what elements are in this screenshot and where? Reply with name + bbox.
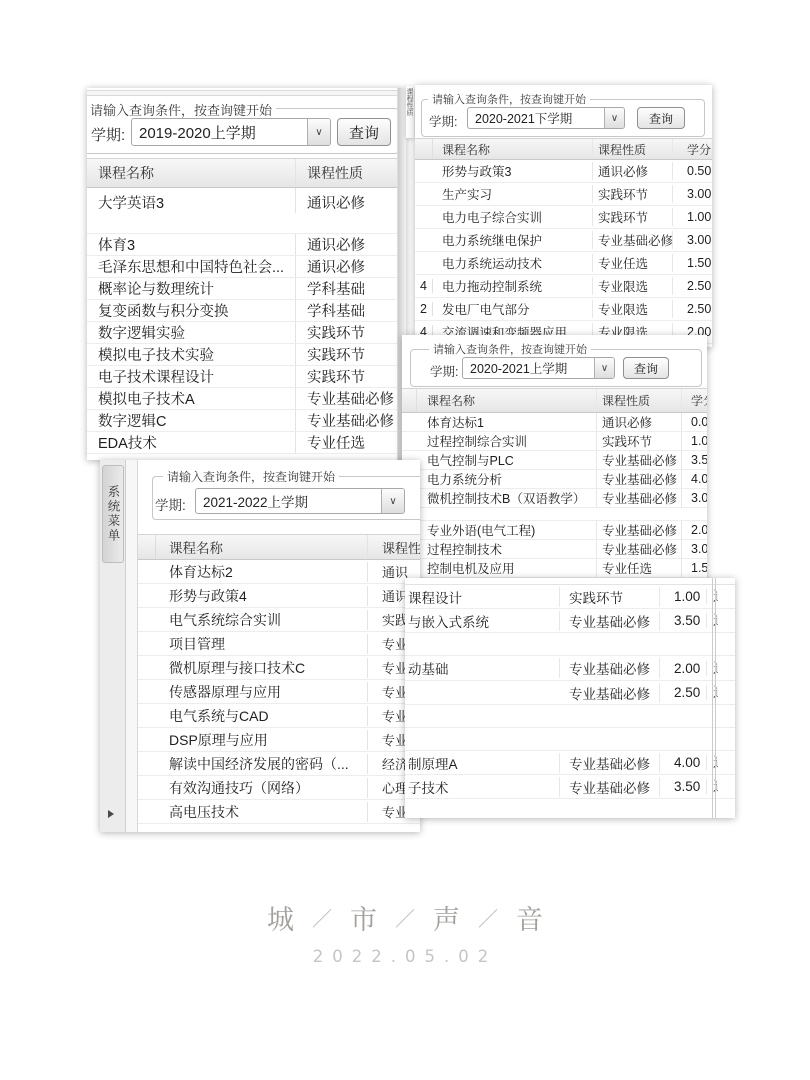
semester-select-value: 2021-2022上学期	[196, 489, 381, 513]
course-name-cell: 解读中国经济发展的密码（...	[156, 754, 368, 774]
chevron-down-icon[interactable]: ∨	[381, 489, 404, 513]
column-header-num	[415, 139, 433, 159]
course-type-cell: 专业基础必修	[560, 611, 660, 631]
course-credit-cell: 3.50	[660, 779, 707, 794]
semester-label: 学期:	[91, 124, 125, 145]
course-name-cell: EDA技术	[87, 432, 296, 453]
course-row[interactable]: 项目管理专业	[138, 632, 420, 656]
course-name-cell: 电气控制与PLC	[417, 451, 597, 469]
course-type-cell: 通识必修	[296, 234, 406, 255]
course-row[interactable]: 电力系统分析专业基础必修4.00	[402, 470, 707, 489]
query-panel-2019-2020-1: 请输入查询条件，按查询键开始 学期: 2019-2020上学期 ∨ 查询 课程名…	[87, 88, 406, 460]
course-row[interactable]: 电气系统与CAD专业	[138, 704, 420, 728]
course-type-cell: 专业基础必修	[597, 470, 682, 488]
course-row[interactable]	[405, 705, 735, 728]
course-credit-cell: 3.00	[682, 491, 707, 505]
watermark-title: 城／市／声／音	[0, 898, 810, 937]
course-name-cell: 电子技术课程设计	[87, 366, 296, 387]
column-header-type: 课程性质	[597, 389, 682, 412]
course-name-cell: 过程控制综合实训	[417, 432, 597, 450]
course-row[interactable]: 微机控制技术B（双语教学）专业基础必修3.00	[402, 489, 707, 508]
row-num-sliver: 4	[415, 279, 433, 293]
watermark-char: 声	[433, 905, 460, 936]
course-table: 形势与政策3通识必修0.50 生产实习实践环节3.00 电力电子综合实训实践环节…	[415, 160, 712, 344]
course-name-cell: 电气系统综合实训	[156, 610, 368, 630]
course-credit-cell: 1.00	[673, 210, 712, 224]
course-row[interactable]: 电力系统运动技术专业任选1.50	[415, 252, 712, 275]
course-name-cell: 体育达标2	[156, 562, 368, 582]
course-row[interactable]: 控制电机及应用专业任选1.50	[402, 559, 707, 578]
query-button[interactable]: 查询	[637, 107, 685, 129]
semester-select-value: 2019-2020上学期	[132, 119, 307, 145]
course-row[interactable]: 电气控制与PLC专业基础必修3.50	[402, 451, 707, 470]
course-name-cell: 过程控制技术	[417, 540, 597, 558]
course-credit-cell: 4.00	[660, 755, 707, 770]
table-header: 课程名称 课程性质	[138, 534, 420, 560]
course-credit-cell: 2.00	[682, 523, 707, 537]
course-type-cell: 专业基础必修	[593, 231, 673, 249]
column-header-name: 课程名称	[87, 159, 296, 187]
row-num-sliver: 2	[415, 302, 433, 316]
course-name-cell: 传感器原理与应用	[156, 682, 368, 702]
column-header-type: 课程性质	[593, 139, 673, 159]
course-table: 体育达标1通识必修0.0 过程控制综合实训实践环节1.00 电气控制与PLC专业…	[402, 413, 707, 578]
course-type-cell: 实践环节	[560, 587, 660, 607]
course-type-cell: 专业限选	[593, 300, 673, 318]
column-header-credit: 学分	[673, 139, 712, 159]
course-row[interactable]: 模拟电子技术实验实践环节	[87, 344, 406, 366]
column-header-name: 课程名称	[156, 535, 368, 559]
watermark-char: 城	[267, 905, 294, 936]
course-credit-cell: 1.50	[682, 561, 707, 575]
course-type-cell: 学科基础	[296, 300, 406, 321]
course-type-cell: 实践环节	[296, 344, 406, 365]
course-credit-cell: 1.00	[682, 434, 707, 448]
course-row[interactable]: 体育3通识必修	[87, 234, 406, 256]
course-name-cell: 毛泽东思想和中国特色社会...	[87, 256, 296, 277]
course-type-cell: 通识必修	[296, 256, 406, 277]
course-name-cell: 复变函数与积分变换	[87, 300, 296, 321]
course-name-cell: 有效沟通技巧（网络）	[156, 778, 368, 798]
course-name-cell: 发电厂电气部分	[433, 300, 593, 318]
semester-label: 学期:	[430, 362, 458, 380]
course-name-cell: 电力拖动控制系统	[433, 277, 593, 295]
course-name-cell: 项目管理	[156, 634, 368, 654]
course-credit-cell: 1.50	[673, 256, 712, 270]
course-name-cell: 模拟电子技术实验	[87, 344, 296, 365]
course-row[interactable]: 体育达标2通识	[138, 560, 420, 584]
course-name-cell: 形势与政策3	[433, 162, 593, 180]
course-credit-cell: 3.00	[673, 233, 712, 247]
course-type-cell: 学科基础	[296, 278, 406, 299]
course-type-cell: 专业基础必修	[560, 658, 660, 678]
course-row[interactable]: 体育达标1通识必修0.0	[402, 413, 707, 432]
course-row[interactable]: 过程控制技术专业基础必修3.00	[402, 540, 707, 559]
course-credit-cell: 0.50	[673, 164, 712, 178]
course-type-cell: 专业基础必修	[597, 521, 682, 539]
course-row[interactable]: 电气系统综合实训实践	[138, 608, 420, 632]
course-credit-cell: 3.00	[673, 187, 712, 201]
course-type-cell: 通识必修	[296, 188, 406, 213]
course-row[interactable]: 大学英语3通识必修	[87, 188, 406, 234]
semester-select-value: 2020-2021下学期	[468, 108, 604, 128]
watermark-char: 市	[350, 905, 377, 936]
chevron-down-icon[interactable]: ∨	[604, 108, 624, 128]
semester-select[interactable]: 2019-2020上学期 ∨	[131, 118, 331, 146]
column-header-num	[402, 389, 417, 412]
course-row[interactable]: 课程设计实践环节1.00通	[405, 585, 735, 609]
query-panel-2020-2021-2: 请输入查询条件，按查询键开始 学期: 2020-2021下学期 ∨ 查询 课程名…	[415, 85, 712, 347]
column-header-num	[138, 535, 156, 559]
course-table: 体育达标2通识 形势与政策4通识 电气系统综合实训实践 项目管理专业 微机原理与…	[138, 560, 420, 824]
course-row[interactable]: 4电力拖动控制系统专业限选2.50	[415, 275, 712, 298]
column-header-credit: 学分	[682, 389, 707, 412]
chevron-down-icon[interactable]: ∨	[594, 358, 614, 378]
course-credit-cell: 2.00	[660, 661, 707, 676]
semester-select[interactable]: 2020-2021下学期 ∨	[467, 107, 625, 129]
chevron-down-icon[interactable]: ∨	[307, 119, 330, 145]
table-header: 课程名称 课程性质 学分	[402, 388, 707, 413]
course-row[interactable]: 生产实习实践环节3.00	[415, 183, 712, 206]
course-name-cell: 制原理A	[405, 753, 560, 773]
course-row[interactable]: 电力电子综合实训实践环节1.00	[415, 206, 712, 229]
course-type-cell: 专业基础必修	[560, 777, 660, 797]
slash-separator: ／	[312, 907, 332, 931]
course-row[interactable]: 高电压技术专业	[138, 800, 420, 824]
course-table: 大学英语3通识必修 体育3通识必修 毛泽东思想和中国特色社会...通识必修 概率…	[87, 188, 406, 454]
course-row[interactable]: 专业基础必修2.50通	[405, 681, 735, 705]
course-row[interactable]	[405, 728, 735, 751]
query-panel-2021-2022-1: 系统菜单 请输入查询条件，按查询键开始 学期: 2021-2022上学期 ∨ 课…	[100, 460, 420, 832]
course-row[interactable]: EDA技术专业任选	[87, 432, 406, 454]
course-type-cell: 专业基础必修	[560, 683, 660, 703]
course-type-cell: 通识必修	[597, 413, 682, 431]
course-name-cell: 课程设计	[405, 587, 560, 607]
course-type-cell: 专业基础必修	[597, 489, 682, 507]
course-row[interactable]: 形势与政策4通识	[138, 584, 420, 608]
fieldset-legend: 请输入查询条件，按查询键开始	[429, 341, 591, 357]
course-name-cell: 体育3	[87, 234, 296, 255]
course-row[interactable]: 形势与政策3通识必修0.50	[415, 160, 712, 183]
course-type-cell: 专业任选	[593, 254, 673, 272]
query-button[interactable]: 查询	[337, 118, 391, 146]
side-gutter: 系统菜单	[100, 460, 126, 832]
semester-select-value: 2020-2021上学期	[463, 358, 594, 378]
system-menu-tab[interactable]: 系统菜单	[102, 465, 124, 563]
cropped-course-table-panel: 课程设计实践环节1.00通 与嵌入式系统专业基础必修3.50通 动基础专业基础必…	[405, 578, 735, 818]
course-row[interactable]: 制原理A专业基础必修4.00通	[405, 751, 735, 775]
fieldset-legend: 请输入查询条件，按查询键开始	[163, 468, 339, 485]
course-name-cell: 动基础	[405, 658, 560, 678]
course-name-cell: 数字逻辑C	[87, 410, 296, 431]
course-name-cell: 电力系统继电保护	[433, 231, 593, 249]
course-row[interactable]: DSP原理与应用专业	[138, 728, 420, 752]
course-row[interactable]: 电力系统继电保护专业基础必修3.00	[415, 229, 712, 252]
course-row[interactable]: 与嵌入式系统专业基础必修3.50通	[405, 609, 735, 633]
course-type-cell: 专业基础必修	[597, 540, 682, 558]
course-type-cell: 专业基础必修	[597, 451, 682, 469]
column-header-type: 课程性质	[368, 535, 420, 559]
semester-select[interactable]: 2021-2022上学期 ∨	[195, 488, 405, 514]
course-name-cell: 形势与政策4	[156, 586, 368, 606]
course-row[interactable]: 传感器原理与应用专业	[138, 680, 420, 704]
course-row[interactable]: 复变函数与积分变换学科基础	[87, 300, 406, 322]
course-name-cell: 电气系统与CAD	[156, 706, 368, 726]
course-name-cell: 微机原理与接口技术C	[156, 658, 368, 678]
course-row[interactable]: 过程控制综合实训实践环节1.00	[402, 432, 707, 451]
empty-row-gap	[402, 508, 707, 521]
query-button[interactable]: 查询	[623, 357, 669, 379]
course-name-cell: 电力系统运动技术	[433, 254, 593, 272]
table-header: 课程名称 课程性质 学分	[415, 138, 712, 160]
panel-edge-divider	[712, 578, 716, 818]
course-name-cell: 高电压技术	[156, 802, 368, 822]
course-row[interactable]	[405, 633, 735, 656]
query-panel-2020-2021-1: 请输入查询条件，按查询键开始 学期: 2020-2021上学期 ∨ 查询 课程名…	[402, 335, 707, 592]
course-name-cell: 数字逻辑实验	[87, 322, 296, 343]
course-row[interactable]: 数字逻辑实验实践环节	[87, 322, 406, 344]
course-row[interactable]: 数字逻辑C专业基础必修	[87, 410, 406, 432]
expand-arrow-icon[interactable]	[108, 810, 114, 818]
column-header-type: 课程性质	[296, 159, 406, 187]
course-name-cell: 体育达标1	[417, 413, 597, 431]
course-type-cell: 实践环节	[597, 432, 682, 450]
table-header: 课程名称 课程性质	[87, 158, 406, 188]
course-name-cell: 子技术	[405, 777, 560, 797]
course-credit-cell: 3.50	[682, 453, 707, 467]
column-header-name: 课程名称	[417, 389, 597, 412]
course-type-cell: 实践环节	[593, 185, 673, 203]
course-credit-cell: 0.0	[682, 415, 707, 429]
fieldset-legend: 请输入查询条件，按查询键开始	[87, 100, 276, 119]
course-row[interactable]: 毛泽东思想和中国特色社会...通识必修	[87, 256, 406, 278]
horizontal-scrollbar[interactable]	[87, 90, 406, 96]
course-name-cell: 电力电子综合实训	[433, 208, 593, 226]
course-row[interactable]: 模拟电子技术A专业基础必修	[87, 388, 406, 410]
course-type-cell: 实践环节	[296, 366, 406, 387]
clipped-column-sliver: 课程性质	[406, 86, 414, 138]
course-type-cell: 专业任选	[597, 559, 682, 577]
column-header-name: 课程名称	[433, 139, 593, 159]
course-row[interactable]: 有效沟通技巧（网络）心理	[138, 776, 420, 800]
course-name-cell: 控制电机及应用	[417, 559, 597, 577]
semester-label: 学期:	[429, 112, 457, 130]
course-credit-cell: 1.00	[660, 589, 707, 604]
fieldset-legend: 请输入查询条件，按查询键开始	[428, 91, 590, 107]
course-credit-cell: 2.50	[660, 685, 707, 700]
course-name-cell: DSP原理与应用	[156, 730, 368, 750]
semester-label: 学期:	[155, 494, 186, 514]
course-type-cell: 实践环节	[296, 322, 406, 343]
course-type-cell: 实践环节	[593, 208, 673, 226]
course-row[interactable]: 微机原理与接口技术C专业	[138, 656, 420, 680]
course-credit-cell: 2.50	[673, 279, 712, 293]
slash-separator: ／	[478, 907, 498, 931]
course-name-cell: 概率论与数理统计	[87, 278, 296, 299]
course-name-cell: 微机控制技术B（双语教学）	[417, 489, 597, 507]
course-name-cell: 电力系统分析	[417, 470, 597, 488]
course-row[interactable]: 电子技术课程设计实践环节	[87, 366, 406, 388]
course-row[interactable]: 子技术专业基础必修3.50通	[405, 775, 735, 799]
course-table: 课程设计实践环节1.00通 与嵌入式系统专业基础必修3.50通 动基础专业基础必…	[405, 584, 735, 799]
watermark-char: 音	[516, 905, 543, 936]
course-name-cell: 专业外语(电气工程)	[417, 521, 597, 539]
course-row[interactable]: 概率论与数理统计学科基础	[87, 278, 406, 300]
watermark-date: 2022.05.02	[0, 947, 810, 966]
splitter-scrollbar[interactable]	[126, 460, 138, 832]
course-name-cell: 模拟电子技术A	[87, 388, 296, 409]
course-type-cell: 专业基础必修	[560, 753, 660, 773]
course-type-cell: 专业限选	[593, 277, 673, 295]
course-type-cell: 专业任选	[296, 432, 406, 453]
course-credit-cell: 2.50	[673, 302, 712, 316]
course-name-cell: 与嵌入式系统	[405, 611, 560, 631]
course-type-cell: 专业基础必修	[296, 410, 406, 431]
course-type-cell: 专业基础必修	[296, 388, 406, 409]
semester-select[interactable]: 2020-2021上学期 ∨	[462, 357, 615, 379]
course-name-cell: 生产实习	[433, 185, 593, 203]
course-credit-cell: 3.00	[682, 542, 707, 556]
course-row[interactable]: 专业外语(电气工程)专业基础必修2.00	[402, 521, 707, 540]
course-row[interactable]: 解读中国经济发展的密码（...经济	[138, 752, 420, 776]
course-row[interactable]: 动基础专业基础必修2.00通	[405, 656, 735, 681]
course-row[interactable]: 2发电厂电气部分专业限选2.50	[415, 298, 712, 321]
course-name-cell: 大学英语3	[87, 188, 296, 213]
course-credit-cell: 4.00	[682, 472, 707, 486]
course-credit-cell: 3.50	[660, 613, 707, 628]
course-type-cell: 通识必修	[593, 162, 673, 180]
slash-separator: ／	[395, 907, 415, 931]
